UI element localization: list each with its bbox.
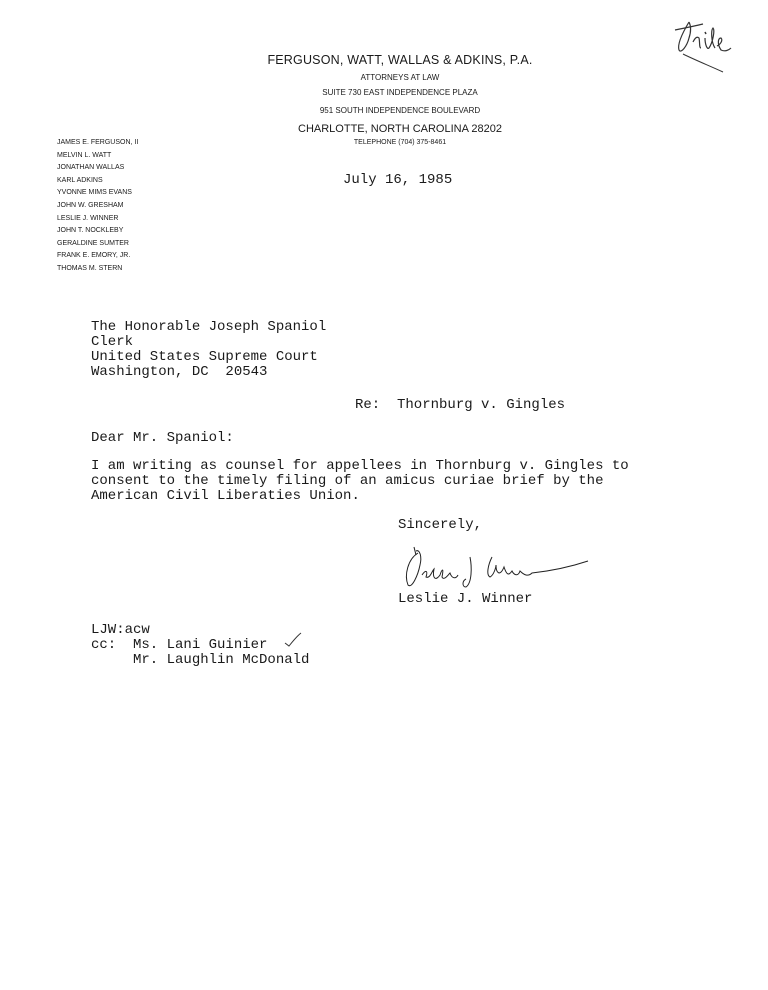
letter-date: July 16, 1985 <box>343 173 452 188</box>
partner-name: MELVIN L. WATT <box>57 150 138 163</box>
cc-list: cc: Ms. Lani Guinier Mr. Laughlin McDona… <box>91 638 309 668</box>
partner-name: GERALDINE SUMTER <box>57 238 138 251</box>
firm-suite: SUITE 730 EAST INDEPENDENCE PLAZA <box>230 88 570 97</box>
partner-list: JAMES E. FERGUSON, II MELVIN L. WATT JON… <box>57 137 138 276</box>
signer-name: Leslie J. Winner <box>398 592 532 607</box>
partner-name: YVONNE MIMS EVANS <box>57 187 138 200</box>
recipient-line: The Honorable Joseph Spaniol <box>91 320 326 335</box>
partner-name: JAMES E. FERGUSON, II <box>57 137 138 150</box>
partner-name: JONATHAN WALLAS <box>57 162 138 175</box>
firm-subtitle: ATTORNEYS AT LAW <box>230 73 570 82</box>
firm-name: FERGUSON, WATT, WALLAS & ADKINS, P.A. <box>230 53 570 67</box>
partner-name: JOHN W. GRESHAM <box>57 200 138 213</box>
partner-name: FRANK E. EMORY, JR. <box>57 250 138 263</box>
recipient-line: Clerk <box>91 335 326 350</box>
salutation: Dear Mr. Spaniol: <box>91 431 234 446</box>
body-line: I am writing as counsel for appellees in… <box>91 459 629 474</box>
letter-body: I am writing as counsel for appellees in… <box>91 459 629 504</box>
handwritten-file-mark-icon <box>665 8 755 73</box>
recipient-line: Washington, DC 20543 <box>91 365 326 380</box>
partner-name: LESLIE J. WINNER <box>57 213 138 226</box>
cc-line: Mr. Laughlin McDonald <box>91 653 309 668</box>
body-line: consent to the timely filing of an amicu… <box>91 474 629 489</box>
closing: Sincerely, <box>398 518 482 533</box>
recipient-address: The Honorable Joseph SpaniolClerkUnited … <box>91 320 326 380</box>
re-line: Re: Thornburg v. Gingles <box>355 398 565 413</box>
signature-icon <box>400 545 600 595</box>
partner-name: THOMAS M. STERN <box>57 263 138 276</box>
partner-name: JOHN T. NOCKLEBY <box>57 225 138 238</box>
cc-line: cc: Ms. Lani Guinier <box>91 638 309 653</box>
checkmark-icon <box>283 631 303 649</box>
firm-telephone: TELEPHONE (704) 375-8461 <box>230 139 570 146</box>
recipient-line: United States Supreme Court <box>91 350 326 365</box>
partner-name: KARL ADKINS <box>57 175 138 188</box>
reference-initials: LJW:acw <box>91 623 150 638</box>
firm-city: CHARLOTTE, NORTH CAROLINA 28202 <box>230 123 570 135</box>
firm-street: 951 SOUTH INDEPENDENCE BOULEVARD <box>230 106 570 115</box>
body-line: American Civil Liberaties Union. <box>91 489 629 504</box>
